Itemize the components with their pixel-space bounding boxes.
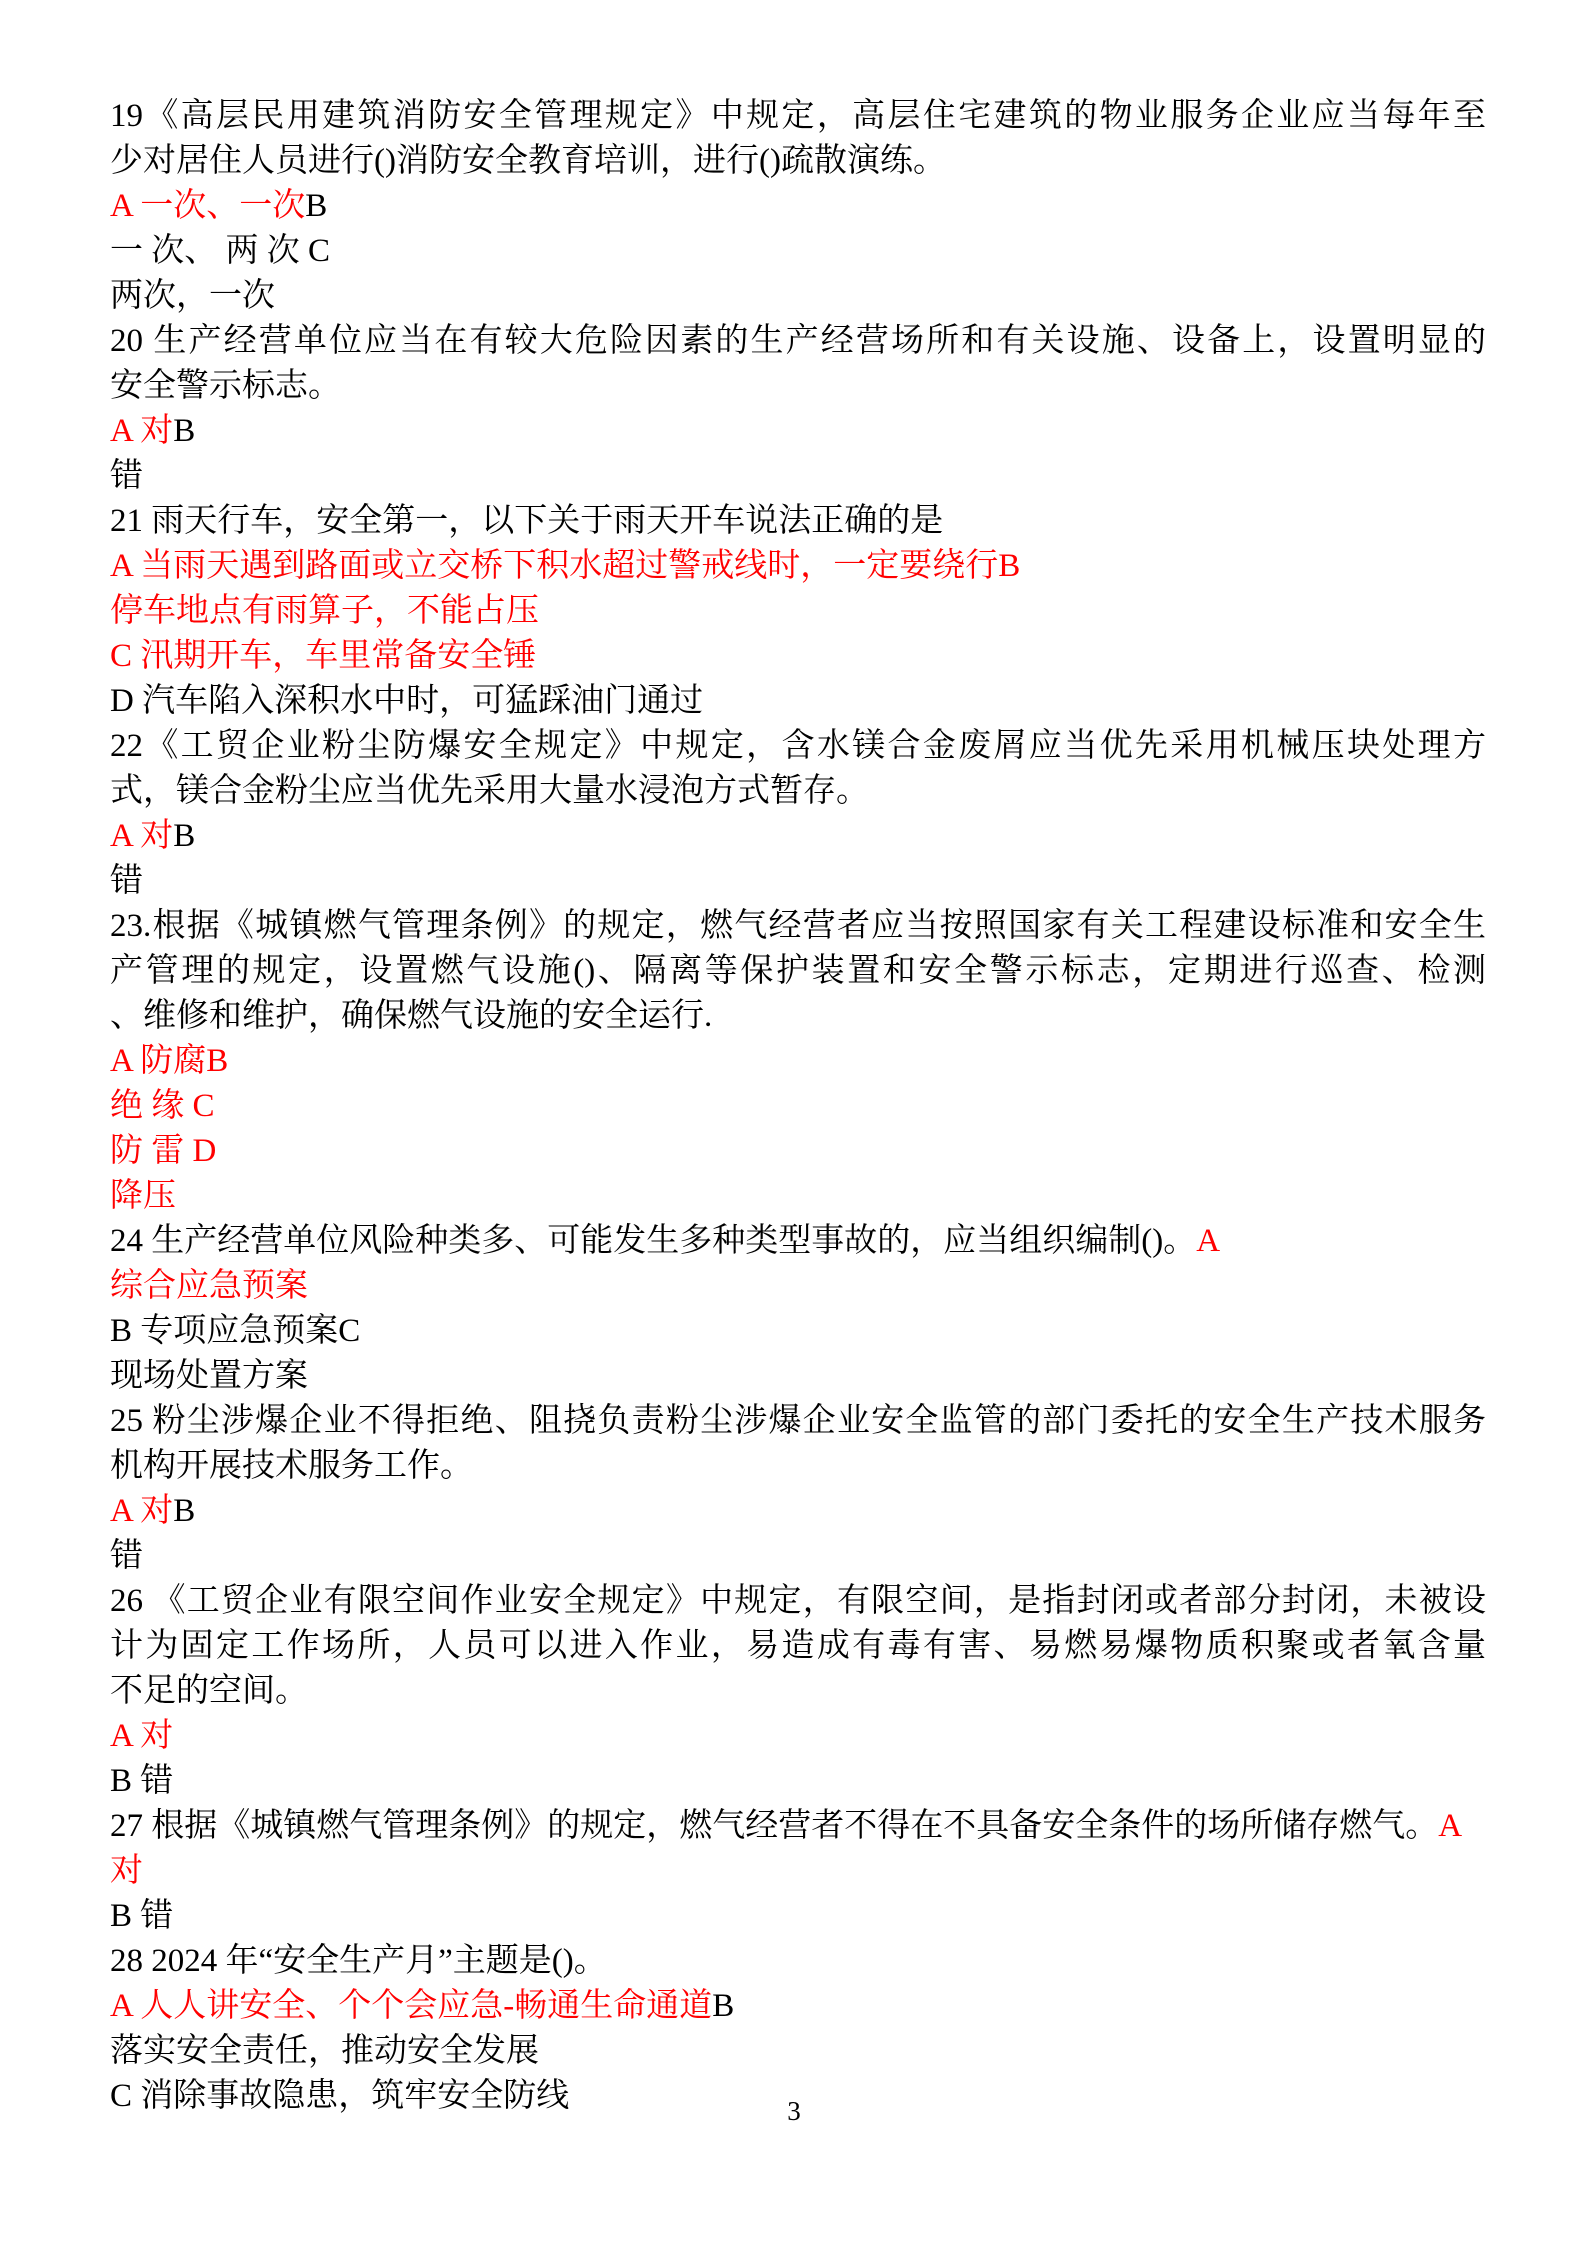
text-line: 两次，一次 <box>110 274 1486 319</box>
page-number: 3 <box>787 2096 801 2126</box>
document-page: 19《高层民用建筑消防安全管理规定》中规定，高层住宅建筑的物业服务企业应当每年至… <box>0 0 1588 2245</box>
text-line: 23.根据《城镇燃气管理条例》的规定，燃气经营者应当按照国家有关工程建设标准和安… <box>110 904 1486 949</box>
text-segment: B 专项应急预案C <box>110 1313 360 1349</box>
text-segment: 机构开展技术服务工作。 <box>110 1448 473 1484</box>
text-line: 机构开展技术服务工作。 <box>110 1444 1486 1489</box>
highlighted-text-segment: A 对 <box>110 413 173 449</box>
text-segment: B 错 <box>110 1763 173 1799</box>
text-line: 27 根据《城镇燃气管理条例》的规定，燃气经营者不得在不具备安全条件的场所储存燃… <box>110 1804 1486 1894</box>
text-line: 式，镁合金粉尘应当优先采用大量水浸泡方式暂存。 <box>110 769 1486 814</box>
text-segment: 错 <box>110 1538 143 1574</box>
text-line: B 错 <box>110 1759 1486 1804</box>
highlighted-text-segment: 绝 缘 C <box>110 1088 215 1124</box>
highlighted-text-segment: A 对 <box>110 1718 173 1754</box>
text-line: A 对B <box>110 409 1486 454</box>
text-lines: 19《高层民用建筑消防安全管理规定》中规定，高层住宅建筑的物业服务企业应当每年至… <box>110 94 1486 2119</box>
text-segment: 19《高层民用建筑消防安全管理规定》中规定，高层住宅建筑的物业服务企业应当每年至 <box>110 98 1486 134</box>
text-segment: 26 《工贸企业有限空间作业安全规定》中规定，有限空间，是指封闭或者部分封闭，未… <box>110 1583 1486 1619</box>
highlighted-text-segment: C 汛期开车，车里常备安全锤 <box>110 638 536 674</box>
text-segment: 错 <box>110 863 143 899</box>
text-line: 21 雨天行车，安全第一，以下关于雨天开车说法正确的是 <box>110 499 1486 544</box>
text-segment: 安全警示标志。 <box>110 368 341 404</box>
text-line: C 汛期开车，车里常备安全锤 <box>110 634 1486 679</box>
text-segment: B <box>305 188 327 224</box>
highlighted-text-segment: A <box>1196 1223 1220 1259</box>
text-segment: 落实安全责任，推动安全发展 <box>110 2033 539 2069</box>
highlighted-text-segment: 停车地点有雨算子，不能占压 <box>110 593 539 629</box>
highlighted-text-segment: A 一次、一次 <box>110 188 305 224</box>
text-segment: 25 粉尘涉爆企业不得拒绝、阻挠负责粉尘涉爆企业安全监管的部门委托的安全生产技术… <box>110 1403 1486 1439</box>
text-line: 降压 <box>110 1174 1486 1219</box>
text-segment: 21 雨天行车，安全第一，以下关于雨天开车说法正确的是 <box>110 503 943 539</box>
text-segment: 23.根据《城镇燃气管理条例》的规定，燃气经营者应当按照国家有关工程建设标准和安… <box>110 908 1486 944</box>
text-segment: B <box>173 818 195 854</box>
text-segment: 、维修和维护，确保燃气设施的安全运行. <box>110 998 712 1034</box>
text-line: 落实安全责任，推动安全发展 <box>110 2029 1486 2074</box>
text-segment: 少对居住人员进行()消防安全教育培训，进行()疏散演练。 <box>110 143 946 179</box>
text-segment: 计为固定工作场所，人员可以进入作业，易造成有毒有害、易燃易爆物质积聚或者氧含量 <box>110 1628 1486 1664</box>
highlighted-text-segment: 综合应急预案 <box>110 1268 308 1304</box>
highlighted-text-segment: A 防腐B <box>110 1043 228 1079</box>
text-line: 产管理的规定，设置燃气设施()、隔离等保护装置和安全警示标志，定期进行巡查、检测 <box>110 949 1486 994</box>
text-segment: 两次，一次 <box>110 278 275 314</box>
text-line: A 对B <box>110 814 1486 859</box>
text-segment: 错 <box>110 458 143 494</box>
text-segment: 一 次、 两 次 C <box>110 233 330 269</box>
text-line: A 对B <box>110 1489 1486 1534</box>
highlighted-text-segment: A 对 <box>110 1493 173 1529</box>
text-line: 22《工贸企业粉尘防爆安全规定》中规定，含水镁合金废屑应当优先采用机械压块处理方 <box>110 724 1486 769</box>
text-line: 错 <box>110 454 1486 499</box>
text-segment: 不足的空间。 <box>110 1673 308 1709</box>
text-segment: D 汽车陷入深积水中时，可猛踩油门通过 <box>110 683 703 719</box>
text-line: 26 《工贸企业有限空间作业安全规定》中规定，有限空间，是指封闭或者部分封闭，未… <box>110 1579 1486 1624</box>
highlighted-text-segment: A 人人讲安全、个个会应急-畅通生命通道 <box>110 1988 712 2024</box>
text-segment: 22《工贸企业粉尘防爆安全规定》中规定，含水镁合金废屑应当优先采用机械压块处理方 <box>110 728 1486 764</box>
text-line: 停车地点有雨算子，不能占压 <box>110 589 1486 634</box>
text-segment: 式，镁合金粉尘应当优先采用大量水浸泡方式暂存。 <box>110 773 869 809</box>
text-segment: 24 生产经营单位风险种类多、可能发生多种类型事故的，应当组织编制()。 <box>110 1223 1196 1259</box>
text-line: 25 粉尘涉爆企业不得拒绝、阻挠负责粉尘涉爆企业安全监管的部门委托的安全生产技术… <box>110 1399 1486 1444</box>
text-line: 错 <box>110 859 1486 904</box>
text-line: 绝 缘 C <box>110 1084 1486 1129</box>
highlighted-text-segment: A 对 <box>110 818 173 854</box>
text-line: 28 2024 年“安全生产月”主题是()。 <box>110 1939 1486 1984</box>
text-segment: 现场处置方案 <box>110 1358 308 1394</box>
text-line: A 人人讲安全、个个会应急-畅通生命通道B <box>110 1984 1486 2029</box>
text-line: 19《高层民用建筑消防安全管理规定》中规定，高层住宅建筑的物业服务企业应当每年至 <box>110 94 1486 139</box>
text-line: A 防腐B <box>110 1039 1486 1084</box>
page-footer: 3 <box>0 2096 1588 2127</box>
text-line: B 错 <box>110 1894 1486 1939</box>
text-line: 综合应急预案 <box>110 1264 1486 1309</box>
text-segment: B <box>173 413 195 449</box>
text-line: 计为固定工作场所，人员可以进入作业，易造成有毒有害、易燃易爆物质积聚或者氧含量 <box>110 1624 1486 1669</box>
text-line: 不足的空间。 <box>110 1669 1486 1714</box>
text-line: 20 生产经营单位应当在有较大危险因素的生产经营场所和有关设施、设备上，设置明显… <box>110 319 1486 364</box>
text-segment: 20 生产经营单位应当在有较大危险因素的生产经营场所和有关设施、设备上，设置明显… <box>110 323 1486 359</box>
text-line: D 汽车陷入深积水中时，可猛踩油门通过 <box>110 679 1486 724</box>
text-segment: 28 2024 年“安全生产月”主题是()。 <box>110 1943 607 1979</box>
text-segment: B <box>173 1493 195 1529</box>
text-segment: 27 根据《城镇燃气管理条例》的规定，燃气经营者不得在不具备安全条件的场所储存燃… <box>110 1808 1438 1844</box>
text-segment: B 错 <box>110 1898 173 1934</box>
text-line: 少对居住人员进行()消防安全教育培训，进行()疏散演练。 <box>110 139 1486 184</box>
text-line: 安全警示标志。 <box>110 364 1486 409</box>
text-line: A 对 <box>110 1714 1486 1759</box>
text-line: 一 次、 两 次 C <box>110 229 1486 274</box>
text-line: A 当雨天遇到路面或立交桥下积水超过警戒线时，一定要绕行B <box>110 544 1486 589</box>
text-line: 、维修和维护，确保燃气设施的安全运行. <box>110 994 1486 1039</box>
text-segment: 产管理的规定，设置燃气设施()、隔离等保护装置和安全警示标志，定期进行巡查、检测 <box>110 953 1486 989</box>
text-line: 24 生产经营单位风险种类多、可能发生多种类型事故的，应当组织编制()。A <box>110 1219 1486 1264</box>
highlighted-text-segment: 防 雷 D <box>110 1133 216 1169</box>
highlighted-text-segment: A 当雨天遇到路面或立交桥下积水超过警戒线时，一定要绕行B <box>110 548 1020 584</box>
text-line: B 专项应急预案C <box>110 1309 1486 1354</box>
text-segment: B <box>712 1988 734 2024</box>
text-line: 错 <box>110 1534 1486 1579</box>
text-line: A 一次、一次B <box>110 184 1486 229</box>
text-line: 防 雷 D <box>110 1129 1486 1174</box>
text-line: 现场处置方案 <box>110 1354 1486 1399</box>
highlighted-text-segment: 降压 <box>110 1178 176 1214</box>
